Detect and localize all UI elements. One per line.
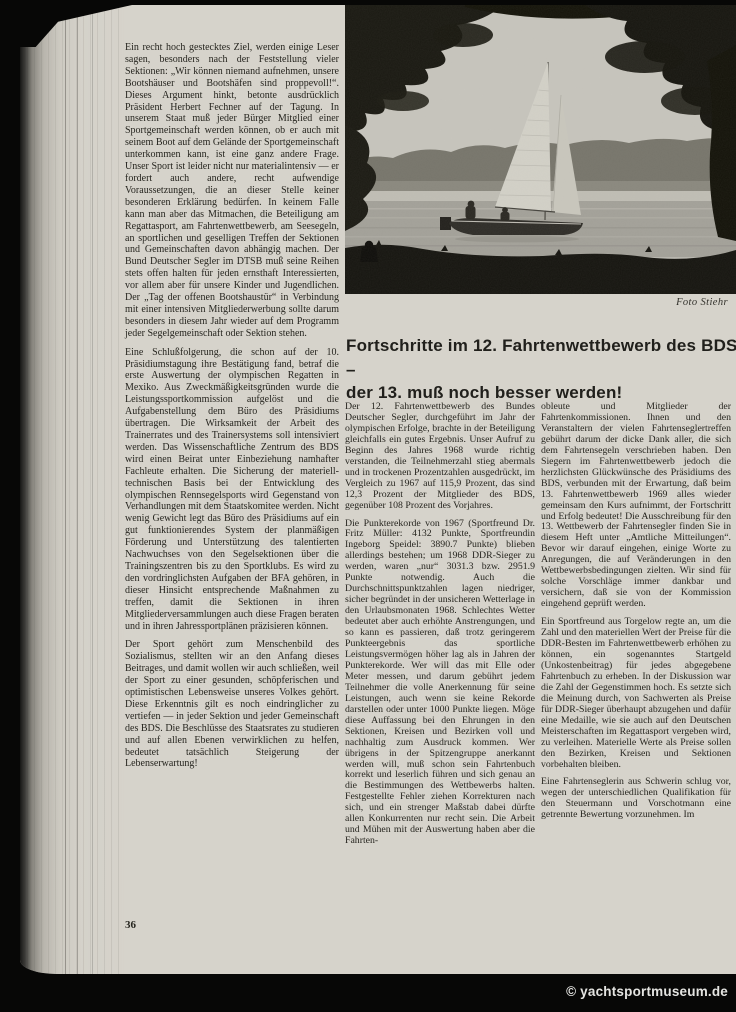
paragraph: Ein recht hoch gestecktes Ziel, werden e…	[125, 42, 339, 340]
photo-credit: Foto Stiehr	[400, 297, 728, 308]
paragraph: Ein Sportfreund aus Torgelow regte an, u…	[541, 617, 731, 770]
right-text-column: obleute und Mitglieder der Fahrtenkommis…	[541, 402, 731, 828]
paragraph: Eine Schlußfolgerung, die schon auf der …	[125, 347, 339, 633]
article-headline: Fortschritte im 12. Fahrtenwettbewerb de…	[346, 334, 736, 405]
middle-text-column: Der 12. Fahrtenwettbewerb des Bundes Deu…	[345, 402, 535, 854]
paragraph: Die Punkterekorde von 1967 (Sportfreund …	[345, 519, 535, 848]
paragraph: Eine Fahrtenseglerin aus Schwerin schlug…	[541, 777, 731, 821]
left-text-column: Ein recht hoch gestecktes Ziel, werden e…	[125, 42, 339, 777]
paragraph: Der 12. Fahrtenwettbewerb des Bundes Deu…	[345, 402, 535, 512]
watermark-text: © yachtsportmuseum.de	[0, 984, 728, 999]
page-number: 36	[125, 919, 136, 931]
magazine-page-scan: Foto Stiehr Fortschritte im 12. Fahrtenw…	[0, 0, 736, 1012]
book-spine-edge	[20, 5, 125, 974]
paragraph: Der Sport gehört zum Menschenbild des So…	[125, 639, 339, 770]
headline-line-1: Fortschritte im 12. Fahrtenwettbewerb de…	[346, 334, 736, 381]
paragraph: obleute und Mitglieder der Fahrtenkommis…	[541, 402, 731, 610]
film-grain-overlay	[345, 5, 736, 294]
sailboat-photo	[345, 5, 736, 294]
